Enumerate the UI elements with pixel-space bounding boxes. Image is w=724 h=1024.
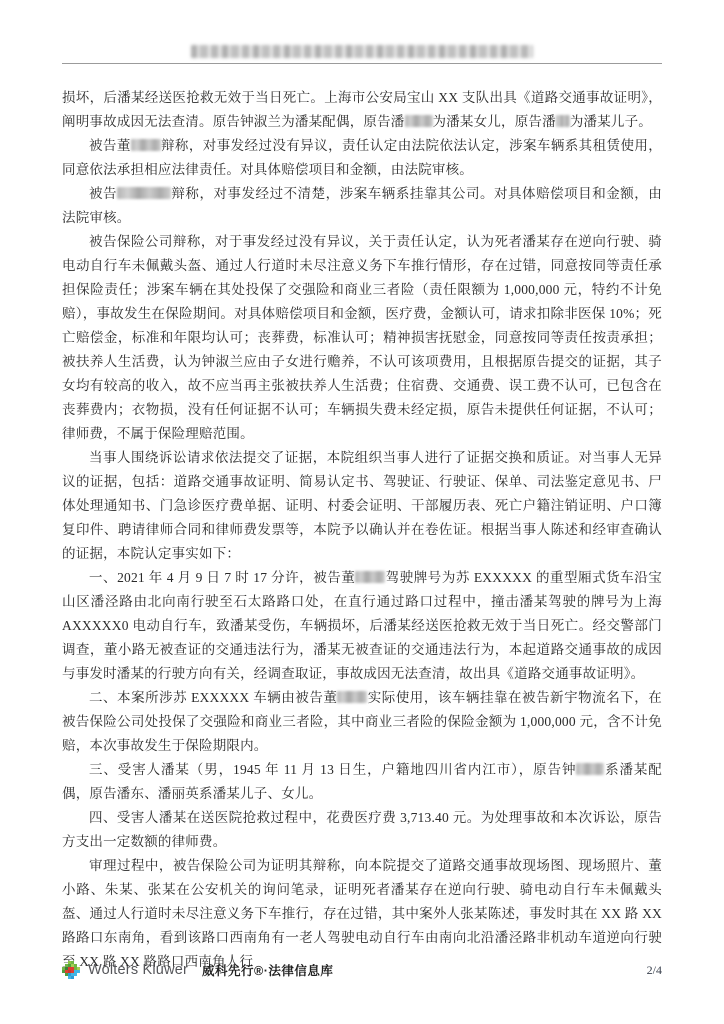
document-header xyxy=(62,45,662,64)
document-footer: Wolters Kluwer 威科先行®·法律信息库 2/4 xyxy=(62,961,662,979)
text-segment: 被告保险公司辩称，对于事发经过没有异议，关于责任认定，认为死者潘某存在逆向行驶、… xyxy=(62,234,662,441)
redacted-text xyxy=(355,571,385,583)
text-segment: 一、2021 年 4 月 9 日 7 时 17 分许，被告董 xyxy=(89,570,355,585)
redacted-text xyxy=(405,115,433,127)
paragraph: 审理过程中，被告保险公司为证明其辩称，向本院提交了道路交通事故现场图、现场照片、… xyxy=(62,854,662,974)
text-segment: 三、受害人潘某（男，1945 年 11 月 13 日生，户籍地四川省内江市），原… xyxy=(89,762,576,777)
document-page: 损坏，后潘某经送医抢救无效于当日死亡。上海市公安局宝山 XX 支队出具《道路交通… xyxy=(0,0,724,1024)
page-number: 2/4 xyxy=(647,963,662,978)
footer-brand: Wolters Kluwer 威科先行®·法律信息库 xyxy=(62,961,333,979)
paragraph: 二、本案所涉苏 EXXXXX 车辆由被告董实际使用，该车辆挂靠在被告新宇物流名下… xyxy=(62,686,662,758)
paragraph: 当事人围绕诉讼请求依法提交了证据，本院组织当事人进行了证据交换和质证。对当事人无… xyxy=(62,446,662,566)
paragraph: 四、受害人潘某在送医院抢救过程中，花费医疗费 3,713.40 元。为处理事故和… xyxy=(62,806,662,854)
text-segment: 被告 xyxy=(89,186,117,201)
text-segment: 驾驶牌号为苏 EXXXXX 的重型厢式货车沿宝山区潘泾路由北向南行驶至石太路路口… xyxy=(62,570,662,681)
redacted-text xyxy=(337,691,367,703)
text-segment: 审理过程中，被告保险公司为证明其辩称，向本院提交了道路交通事故现场图、现场照片、… xyxy=(62,858,662,969)
redacted-document-title xyxy=(191,45,533,58)
text-segment: 四、受害人潘某在送医院抢救过程中，花费医疗费 3,713.40 元。为处理事故和… xyxy=(62,810,662,849)
redacted-text xyxy=(576,763,604,775)
header-divider xyxy=(62,63,662,64)
text-segment: 被告董 xyxy=(89,138,131,153)
redacted-text xyxy=(556,115,570,127)
paragraph: 被告辩称，对事发经过不清楚，涉案车辆系挂靠其公司。对具体赔偿项目和金额，由法院审… xyxy=(62,182,662,230)
redacted-text xyxy=(117,187,171,199)
redacted-text xyxy=(131,139,161,151)
text-segment: 为潘某女儿，原告潘 xyxy=(433,114,556,129)
text-segment: 当事人围绕诉讼请求依法提交了证据，本院组织当事人进行了证据交换和质证。对当事人无… xyxy=(62,450,662,561)
wolters-kluwer-logo-icon xyxy=(62,961,80,979)
paragraph: 一、2021 年 4 月 9 日 7 时 17 分许，被告董驾驶牌号为苏 EXX… xyxy=(62,566,662,686)
product-name: 威科先行®·法律信息库 xyxy=(202,961,333,979)
brand-name: Wolters Kluwer xyxy=(88,962,188,978)
paragraph: 损坏，后潘某经送医抢救无效于当日死亡。上海市公安局宝山 XX 支队出具《道路交通… xyxy=(62,86,662,134)
document-body: 损坏，后潘某经送医抢救无效于当日死亡。上海市公安局宝山 XX 支队出具《道路交通… xyxy=(62,86,662,974)
paragraph: 被告保险公司辩称，对于事发经过没有异议，关于责任认定，认为死者潘某存在逆向行驶、… xyxy=(62,230,662,446)
paragraph: 三、受害人潘某（男，1945 年 11 月 13 日生，户籍地四川省内江市），原… xyxy=(62,758,662,806)
text-segment: 二、本案所涉苏 EXXXXX 车辆由被告董 xyxy=(89,690,337,705)
paragraph: 被告董辩称，对事发经过没有异议，责任认定由法院依法认定，涉案车辆系其租赁使用，同… xyxy=(62,134,662,182)
text-segment: 为潘某儿子。 xyxy=(570,114,652,129)
